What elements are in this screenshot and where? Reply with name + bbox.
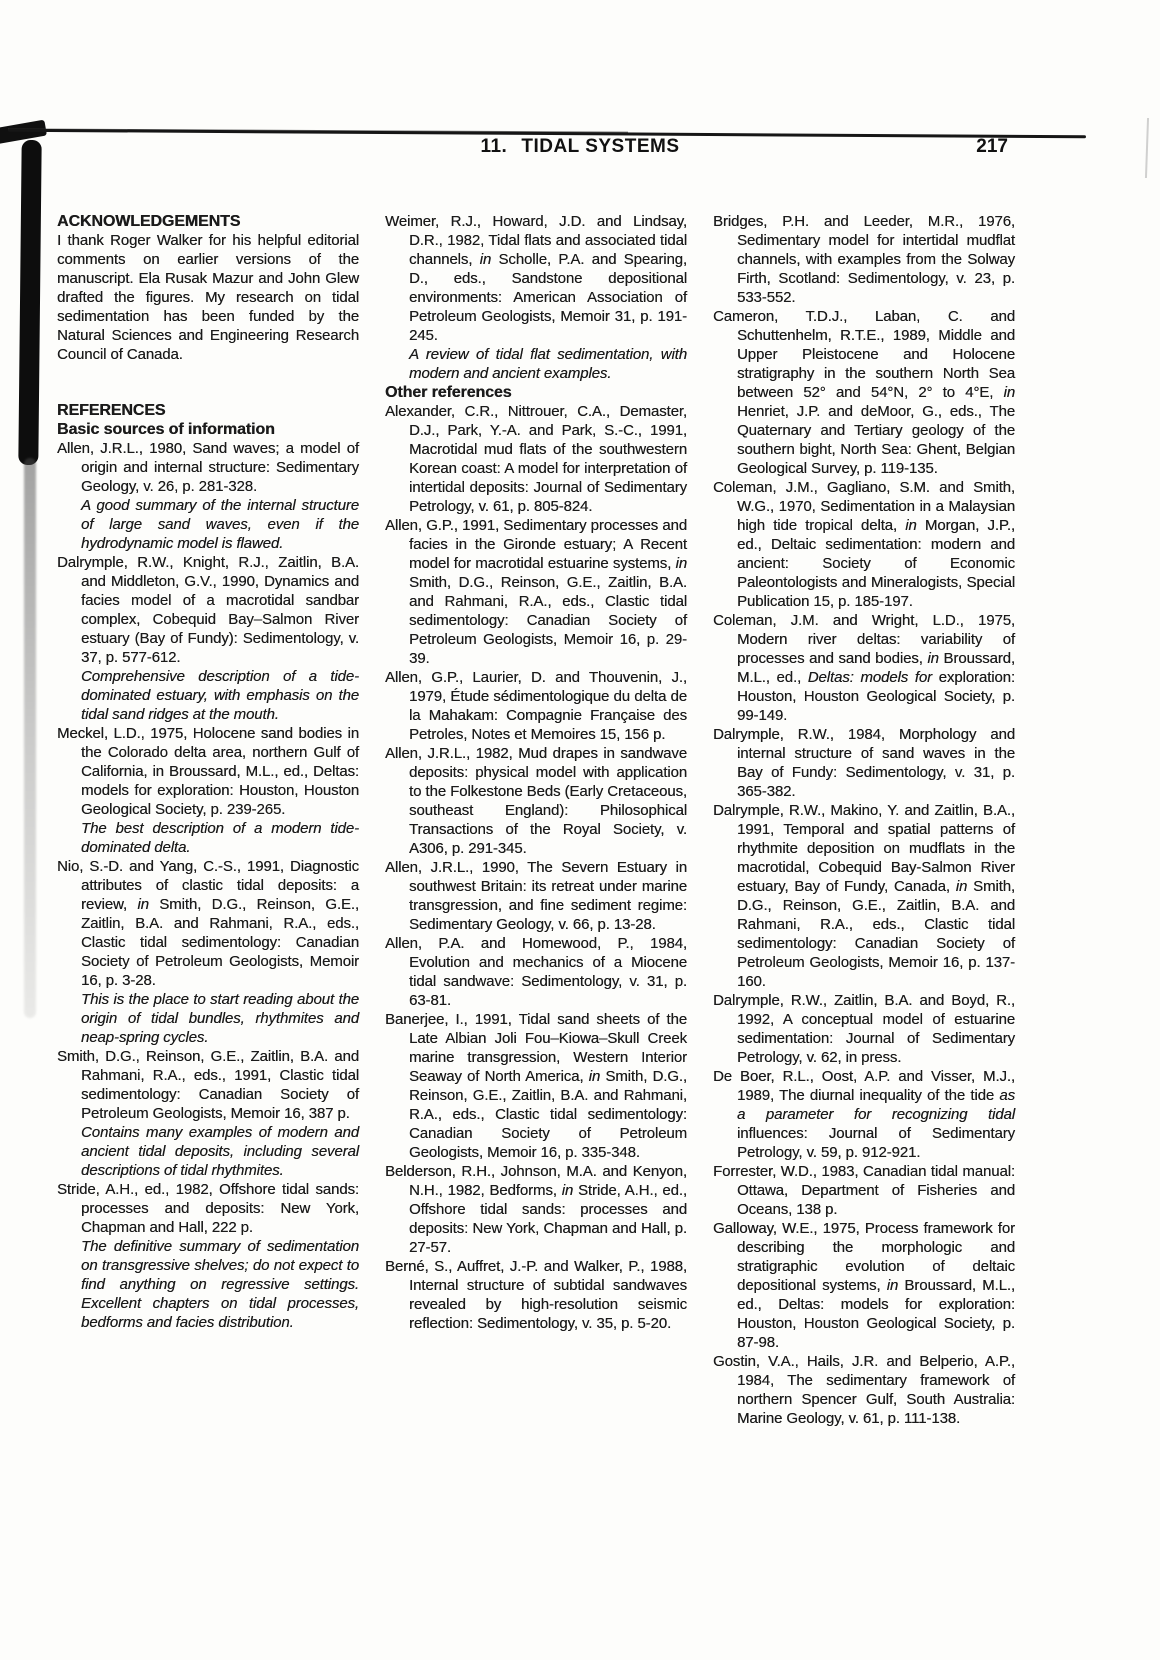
reference-annotation: The best description of a modern tide-do… [57, 819, 359, 857]
reference-entry: Coleman, J.M. and Wright, L.D., 1975, Mo… [713, 611, 1015, 725]
reference-entry: Dalrymple, R.W., Zaitlin, B.A. and Boyd,… [713, 991, 1015, 1067]
reference-entry: Bridges, P.H. and Leeder, M.R., 1976, Se… [713, 212, 1015, 307]
reference-entry: Dalrymple, R.W., Makino, Y. and Zaitlin,… [713, 801, 1015, 991]
reference-entry: Meckel, L.D., 1975, Holocene sand bodies… [57, 724, 359, 819]
reference-entry: Alexander, C.R., Nittrouer, C.A., Demast… [385, 402, 687, 516]
reference-entry: Forrester, W.D., 1983, Canadian tidal ma… [713, 1162, 1015, 1219]
reference-entry: Allen, J.R.L., 1990, The Severn Estuary … [385, 858, 687, 934]
section-heading: REFERENCES [57, 401, 359, 420]
reference-entry: Allen, P.A. and Homewood, P., 1984, Evol… [385, 934, 687, 1010]
section-heading: ACKNOWLEDGEMENTS [57, 212, 359, 231]
paragraph: I thank Roger Walker for his helpful edi… [57, 231, 359, 364]
reference-annotation: This is the place to start reading about… [57, 990, 359, 1047]
reference-entry: Allen, J.R.L., 1980, Sand waves; a model… [57, 439, 359, 496]
reference-entry: Galloway, W.E., 1975, Process framework … [713, 1219, 1015, 1352]
chapter-title: TIDAL SYSTEMS [521, 136, 679, 157]
column-1: ACKNOWLEDGEMENTSI thank Roger Walker for… [57, 212, 359, 1332]
reference-entry: Gostin, V.A., Hails, J.R. and Belperio, … [713, 1352, 1015, 1428]
scanned-page: 11.TIDAL SYSTEMS 217 ACKNOWLEDGEMENTSI t… [0, 0, 1160, 1660]
reference-entry: Allen, J.R.L., 1982, Mud drapes in sandw… [385, 744, 687, 858]
chapter-number: 11. [480, 136, 507, 157]
reference-entry: De Boer, R.L., Oost, A.P. and Visser, M.… [713, 1067, 1015, 1162]
reference-entry: Dalrymple, R.W., Knight, R.J., Zaitlin, … [57, 553, 359, 667]
reference-entry: Allen, G.P., Laurier, D. and Thouvenin, … [385, 668, 687, 744]
reference-entry: Banerjee, I., 1991, Tidal sand sheets of… [385, 1010, 687, 1162]
reference-entry: Belderson, R.H., Johnson, M.A. and Kenyo… [385, 1162, 687, 1257]
reference-entry: Berné, S., Auffret, J.-P. and Walker, P.… [385, 1257, 687, 1333]
column-3: Bridges, P.H. and Leeder, M.R., 1976, Se… [713, 212, 1015, 1428]
reference-entry: Cameron, T.D.J., Laban, C. and Schuttenh… [713, 307, 1015, 478]
scan-artifact-left-edge [18, 140, 41, 465]
reference-annotation: Comprehensive description of a tide-domi… [57, 667, 359, 724]
reference-entry: Stride, A.H., ed., 1982, Offshore tidal … [57, 1180, 359, 1237]
reference-entry: Weimer, R.J., Howard, J.D. and Lindsay, … [385, 212, 687, 345]
reference-entry: Nio, S.-D. and Yang, C.-S., 1991, Diagno… [57, 857, 359, 990]
reference-entry: Coleman, J.M., Gagliano, S.M. and Smith,… [713, 478, 1015, 611]
reference-entry: Allen, G.P., 1991, Sedimentary processes… [385, 516, 687, 668]
column-2: Weimer, R.J., Howard, J.D. and Lindsay, … [385, 212, 687, 1333]
reference-annotation: The definitive summary of sedimentation … [57, 1237, 359, 1332]
reference-annotation: A good summary of the internal structure… [57, 496, 359, 553]
scan-artifact-left-edge-fade [24, 458, 36, 1018]
reference-annotation: Contains many examples of modern and anc… [57, 1123, 359, 1180]
reference-entry: Smith, D.G., Reinson, G.E., Zaitlin, B.A… [57, 1047, 359, 1123]
reference-annotation: A review of tidal flat sedimentation, wi… [385, 345, 687, 383]
reference-entry: Dalrymple, R.W., 1984, Morphology and in… [713, 725, 1015, 801]
subsection-heading: Other references [385, 383, 687, 402]
subsection-heading: Basic sources of information [57, 420, 359, 439]
page-number: 217 [976, 136, 1008, 158]
